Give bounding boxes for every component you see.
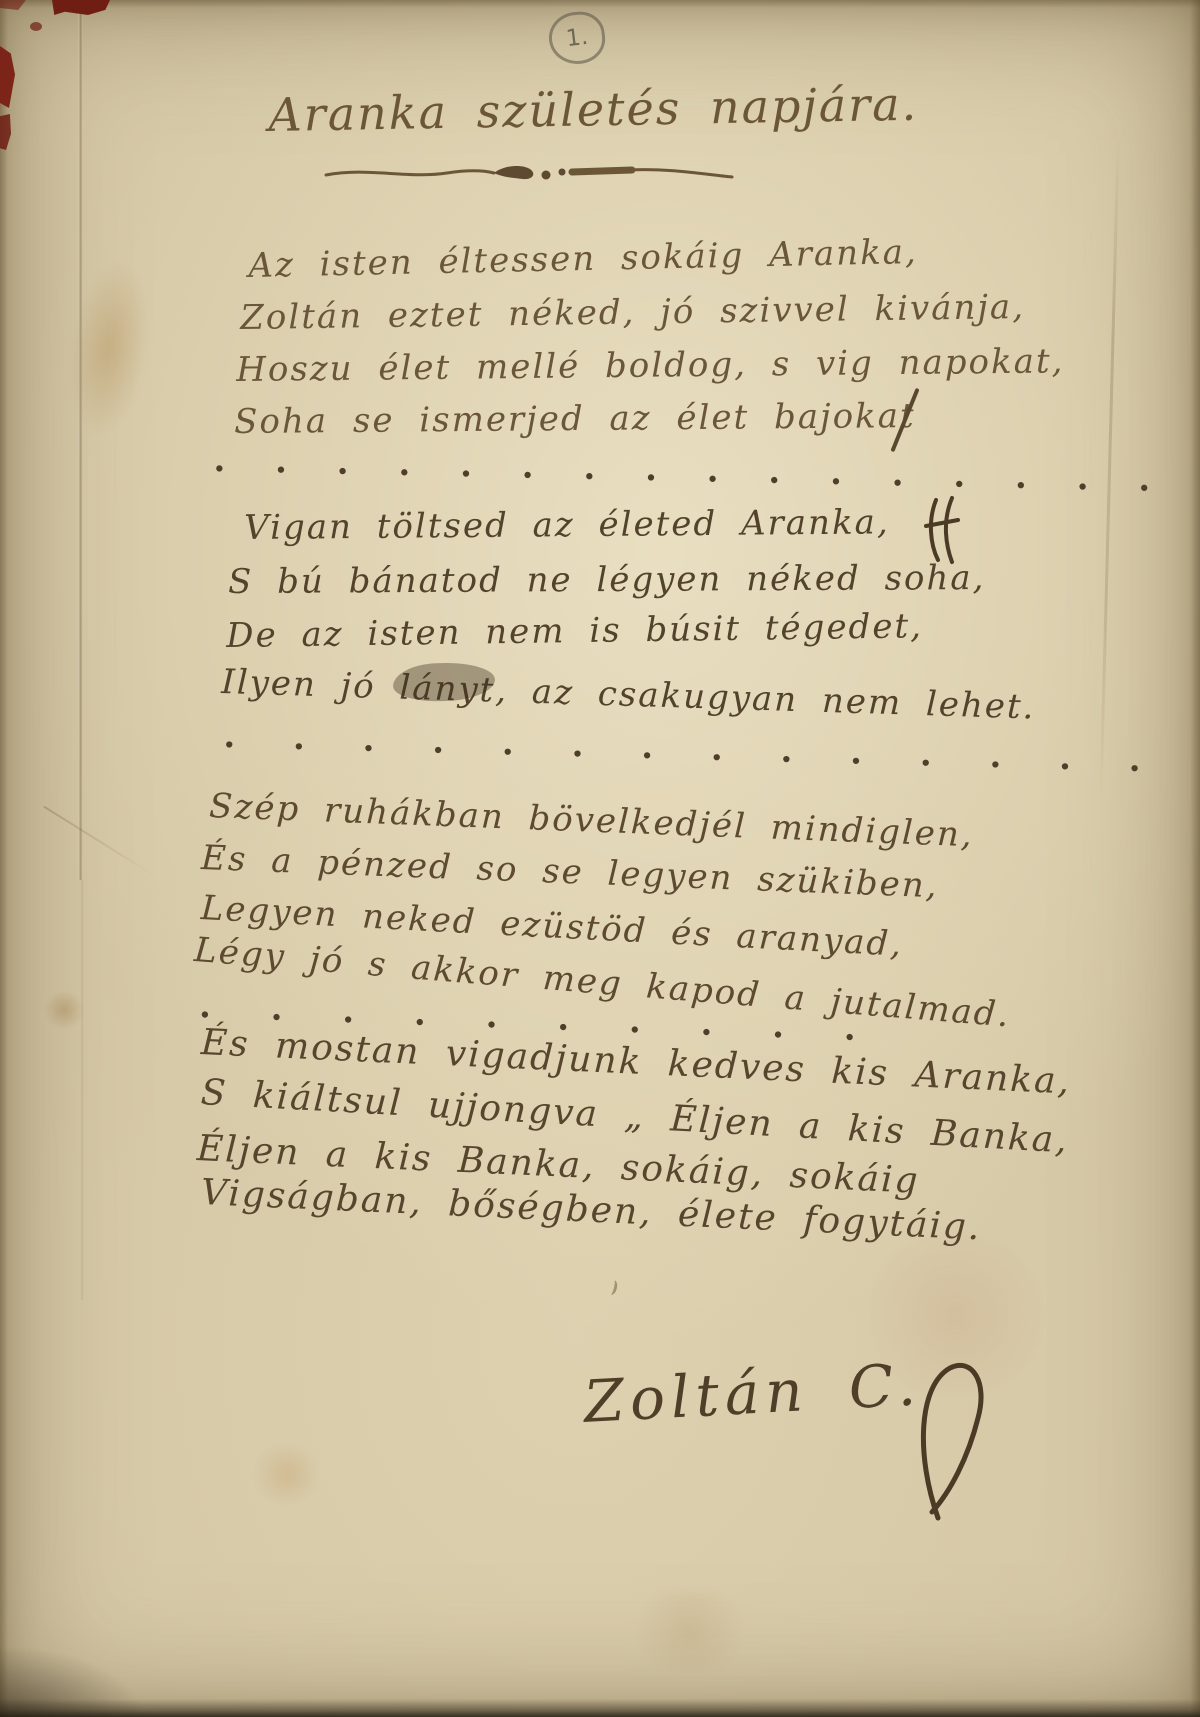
signature: Zoltán C. [582,1350,923,1436]
paper-corner-shadow [0,1647,140,1717]
title-flourish-ornament [322,158,737,188]
pencil-mark [606,1279,618,1296]
paper-stain [250,1445,324,1503]
ink-blot [922,496,962,566]
ink-dot-separator: . . . . . . . . . . . . . . . . . [213,440,1200,501]
paper-edge-left [0,0,8,1717]
paper-edge-bottom [0,1699,1200,1717]
poem-line: Az isten éltessen sokáig Aranka, [248,232,918,286]
poem-line: De az isten nem is búsit tégedet, [226,606,923,656]
page-number: 1. [565,24,590,52]
ink-dot-separator: . . . . . . . . . . . . . . . [223,716,1200,782]
page-number-badge: 1. [546,9,608,67]
poem-line: Vigan töltsed az életed Aranka, [244,502,890,548]
signature-flourish [908,1360,1018,1525]
paper-edge-right [1190,0,1200,1717]
manuscript-page: 1. Aranka születés napjára. Az isten élt… [0,0,1200,1717]
paper-edge-top [0,0,1200,8]
crease-diagonal [43,806,154,877]
paper-stain [58,253,160,442]
paper-stain [625,1590,755,1670]
red-seal-mark [30,22,42,31]
fold-crease-vertical [78,0,83,880]
poem-line: Soha se ismerjed az élet bajokat [234,396,916,442]
poem-line: Zoltán eztet néked, jó szivvel kivánja, [240,287,1025,338]
poem-line: Hoszu élet mellé boldog, s vig napokat, [236,341,1065,390]
red-seal-mark [0,114,11,150]
red-seal-mark [52,0,110,15]
poem-title: Aranka születés napjára. [268,77,919,142]
fold-crease-vertical-lower [80,880,84,1300]
poem-line: Ilyen jó lányt, az csakugyan nem lehet. [221,662,1036,728]
red-seal-mark [0,46,15,108]
poem-line: S bú bánatod ne légyen néked soha, [228,558,986,602]
